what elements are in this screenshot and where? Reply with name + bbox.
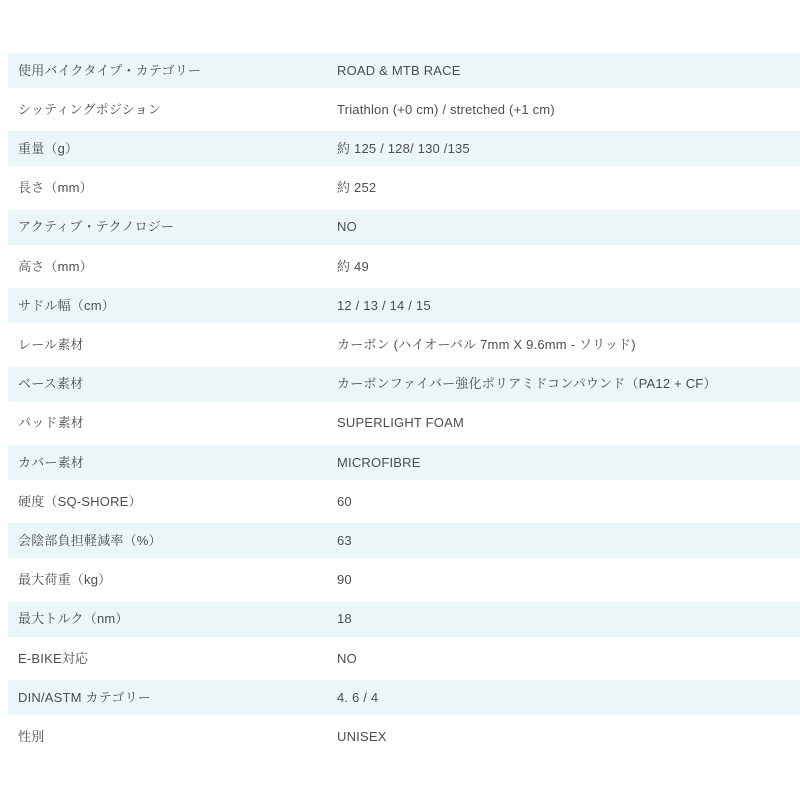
spec-value: SUPERLIGHT FOAM bbox=[337, 415, 800, 431]
spec-value: 18 bbox=[337, 611, 800, 627]
spec-row: アクティブ・テクノロジー NO bbox=[8, 210, 800, 245]
spec-row: 会陰部負担軽減率（%） 63 bbox=[8, 523, 800, 558]
spec-label: 最大荷重（kg） bbox=[8, 572, 337, 588]
spec-row: 硬度（SQ-SHORE） 60 bbox=[8, 484, 800, 519]
spec-label: カバー素材 bbox=[8, 455, 337, 471]
spec-value: NO bbox=[337, 219, 800, 235]
spec-row: 最大トルク（nm） 18 bbox=[8, 602, 800, 637]
spec-value: 4. 6 / 4 bbox=[337, 690, 800, 706]
spec-row: 高さ（mm） 約 49 bbox=[8, 249, 800, 284]
spec-row: パッド素材 SUPERLIGHT FOAM bbox=[8, 406, 800, 441]
spec-label: 性別 bbox=[8, 729, 337, 745]
spec-label: DIN/ASTM カテゴリー bbox=[8, 690, 337, 706]
spec-label: シッティングポジション bbox=[8, 102, 337, 118]
spec-value: MICROFIBRE bbox=[337, 455, 800, 471]
spec-label: レール素材 bbox=[8, 337, 337, 353]
spec-value: 12 / 13 / 14 / 15 bbox=[337, 298, 800, 314]
spec-value: NO bbox=[337, 651, 800, 667]
spec-row: E-BIKE対応 NO bbox=[8, 641, 800, 676]
spec-row: DIN/ASTM カテゴリー 4. 6 / 4 bbox=[8, 680, 800, 715]
spec-row: 重量（g） 約 125 / 128/ 130 /135 bbox=[8, 131, 800, 166]
spec-label: サドル幅（cm） bbox=[8, 298, 337, 314]
spec-value: UNISEX bbox=[337, 729, 800, 745]
spec-label: 会陰部負担軽減率（%） bbox=[8, 533, 337, 549]
spec-value: 60 bbox=[337, 494, 800, 510]
spec-row: カバー素材 MICROFIBRE bbox=[8, 445, 800, 480]
spec-row: 長さ（mm） 約 252 bbox=[8, 171, 800, 206]
spec-label: パッド素材 bbox=[8, 415, 337, 431]
spec-label: 高さ（mm） bbox=[8, 259, 337, 275]
spec-label: 最大トルク（nm） bbox=[8, 611, 337, 627]
spec-row: レール素材 カーボン (ハイオーバル 7mm X 9.6mm - ソリッド) bbox=[8, 327, 800, 362]
spec-value: 約 49 bbox=[337, 259, 800, 275]
spec-value: カーボン (ハイオーバル 7mm X 9.6mm - ソリッド) bbox=[337, 337, 800, 353]
spec-row: シッティングポジション Triathlon (+0 cm) / stretche… bbox=[8, 92, 800, 127]
spec-table: 使用バイクタイプ・カテゴリー ROAD & MTB RACE シッティングポジシ… bbox=[8, 53, 800, 758]
spec-row: 最大荷重（kg） 90 bbox=[8, 562, 800, 597]
spec-value: カーボンファイバー強化ポリアミドコンパウンド（PA12 + CF） bbox=[337, 376, 800, 392]
spec-label: 硬度（SQ-SHORE） bbox=[8, 494, 337, 510]
spec-label: 重量（g） bbox=[8, 141, 337, 157]
spec-row: 性別 UNISEX bbox=[8, 719, 800, 754]
spec-value: 約 125 / 128/ 130 /135 bbox=[337, 141, 800, 157]
spec-label: 長さ（mm） bbox=[8, 180, 337, 196]
spec-row: ベース素材 カーボンファイバー強化ポリアミドコンパウンド（PA12 + CF） bbox=[8, 367, 800, 402]
spec-label: 使用バイクタイプ・カテゴリー bbox=[8, 63, 337, 79]
spec-value: ROAD & MTB RACE bbox=[337, 63, 800, 79]
spec-label: アクティブ・テクノロジー bbox=[8, 219, 337, 235]
spec-value: 63 bbox=[337, 533, 800, 549]
spec-value: Triathlon (+0 cm) / stretched (+1 cm) bbox=[337, 102, 800, 118]
spec-value: 90 bbox=[337, 572, 800, 588]
spec-row: 使用バイクタイプ・カテゴリー ROAD & MTB RACE bbox=[8, 53, 800, 88]
spec-label: ベース素材 bbox=[8, 376, 337, 392]
spec-row: サドル幅（cm） 12 / 13 / 14 / 15 bbox=[8, 288, 800, 323]
spec-label: E-BIKE対応 bbox=[8, 651, 337, 667]
spec-value: 約 252 bbox=[337, 180, 800, 196]
